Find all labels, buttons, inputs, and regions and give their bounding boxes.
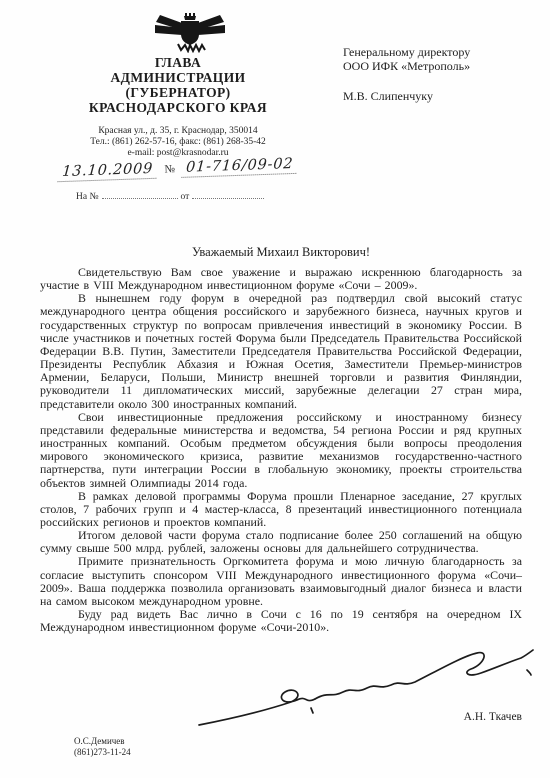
letterhead-address: Красная ул., д. 35, г. Краснодар, 350014 (28, 126, 328, 137)
reply-label: На № (76, 192, 99, 202)
dotted-blank (192, 189, 264, 199)
paragraph: Свои инвестиционные предложения российск… (40, 411, 522, 490)
addressee-name: М.В. Слипенчуку (343, 90, 528, 104)
addressee-company: ООО ИФК «Метрополь» (343, 60, 528, 74)
scanned-letter-page: ГЛАВА АДМИНИСТРАЦИИ (ГУБЕРНАТОР) КРАСНОД… (0, 0, 550, 778)
paragraph: В нынешнем году форум в очередной раз по… (40, 292, 522, 410)
org-line: КРАСНОДАРСКОГО КРАЯ (28, 100, 328, 115)
dotted-blank (102, 189, 178, 199)
outgoing-reference-line: 13.10.2009 № 01-716/09-02 (58, 156, 298, 182)
paragraph: Примите признательность Оргкомитета фору… (40, 555, 522, 608)
org-line: (ГУБЕРНАТОР) (28, 85, 328, 100)
paragraph: Буду рад видеть Вас лично в Сочи с 16 по… (40, 608, 522, 634)
paragraph: Итогом деловой части форума стало подпис… (40, 529, 522, 555)
number-sign: № (164, 163, 175, 175)
paragraph: В рамках деловой программы Форума прошли… (40, 490, 522, 529)
salutation: Уважаемый Михаил Викторович! (40, 245, 522, 260)
org-line: АДМИНИСТРАЦИИ (28, 70, 328, 85)
paragraph: Свидетельствую Вам свое уважение и выраж… (40, 266, 522, 292)
signer-name: А.Н. Ткачев (430, 711, 522, 723)
letterhead-org-name: ГЛАВА АДМИНИСТРАЦИИ (ГУБЕРНАТОР) КРАСНОД… (28, 55, 328, 115)
executor-block: О.С.Демичев (861)273-11-24 (74, 736, 131, 757)
coat-of-arms-icon (153, 13, 227, 53)
letter-body: Свидетельствую Вам свое уважение и выраж… (40, 266, 522, 634)
reply-reference-line: На №от (76, 189, 264, 202)
letterhead-contacts: Красная ул., д. 35, г. Краснодар, 350014… (28, 126, 328, 159)
reply-from-label: от (181, 192, 190, 202)
executor-phone: (861)273-11-24 (74, 747, 131, 758)
letterhead-phone: Тел.: (861) 262-57-16, факс: (861) 268-3… (28, 137, 328, 148)
addressee-title: Генеральному директору (343, 46, 528, 60)
handwritten-date: 13.10.2009 (57, 161, 157, 183)
addressee-block: Генеральному директору ООО ИФК «Метропол… (343, 46, 528, 104)
handwritten-number: 01-716/09-02 (182, 156, 299, 178)
executor-name: О.С.Демичев (74, 736, 131, 747)
org-line: ГЛАВА (28, 55, 328, 70)
